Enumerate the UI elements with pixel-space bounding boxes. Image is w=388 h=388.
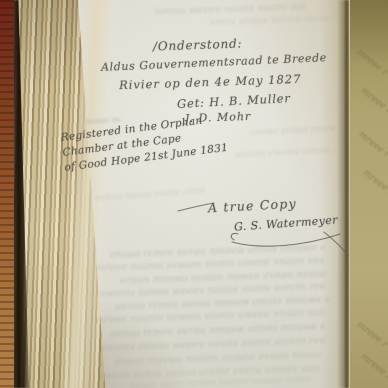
bleed-through-line: vwomv ismnu weeev nauns suonv aorcm reee…	[100, 281, 325, 300]
bleed-through-line: eeera unmsv womvi smnuw eeev	[210, 14, 330, 28]
bleed-through-line: eraun msvwo mvism nuwee evnau nssuo nvao…	[115, 349, 325, 367]
adjacent-page-writing-fragment: mreee r	[361, 168, 388, 198]
adjacent-page-writing-fragment: mreee r	[359, 352, 388, 382]
attestation-signature-1: Get: H. B. Muller	[177, 91, 291, 111]
signature-flourish	[228, 228, 350, 258]
registration-note: Registered in the Orphan Chamber at the …	[60, 111, 229, 176]
bleed-through-line: eeevn aunss uonva orcmr eeera unmsv womv…	[100, 363, 320, 382]
bleed-through-line: ssuon vaorc mreee raunm svwom vismn uwee…	[130, 375, 310, 388]
adjacent-page-writing-fragment: mreee r	[355, 48, 388, 78]
bleed-through-line: cmree eraun msvwo mv	[250, 124, 335, 138]
adjacent-page-writing-fragment: mreee r	[359, 86, 388, 116]
book-photograph: /Onderstond: Aldus Gouvernementsraad te …	[0, 0, 388, 388]
bleed-through-line: mreee raunm svwom vismn uweee vnaun ssuo…	[95, 307, 325, 326]
bleed-through-line: vwomv ismnu weeev nauns suonv aorcm reee…	[100, 335, 325, 354]
attestation-line-3: Rivier op den 4e May 1827	[119, 72, 302, 92]
handwritten-entries: /Onderstond: Aldus Gouvernementsraad te …	[0, 0, 388, 388]
attestation-onderstond: /Onderstond:	[153, 36, 243, 53]
bleed-through-line: eraun msvwo mvism nuwee evnau nssuo nvao…	[120, 268, 330, 286]
attestation-line-2: Aldus Gouvernementsraad te Breede	[101, 51, 327, 74]
bleed-through-line: onvao rcmre eerau nmsvw omvis mnuwe eevn…	[110, 321, 325, 339]
adjacent-page-writing-fragment: mreee r	[357, 130, 388, 160]
true-copy-label: A true Copy	[208, 196, 297, 216]
bleed-through-line: onvao rcmre eerau nmsvw omvis mnuwe eevn…	[115, 294, 330, 312]
bleed-through-line: ismnu weeev nauns suonv aorcm reeer	[155, 1, 305, 17]
adjacent-page-writing-fragment: mreee r	[355, 320, 388, 350]
bleed-through-line: aunms vwomv ismnu weeev	[235, 145, 335, 160]
